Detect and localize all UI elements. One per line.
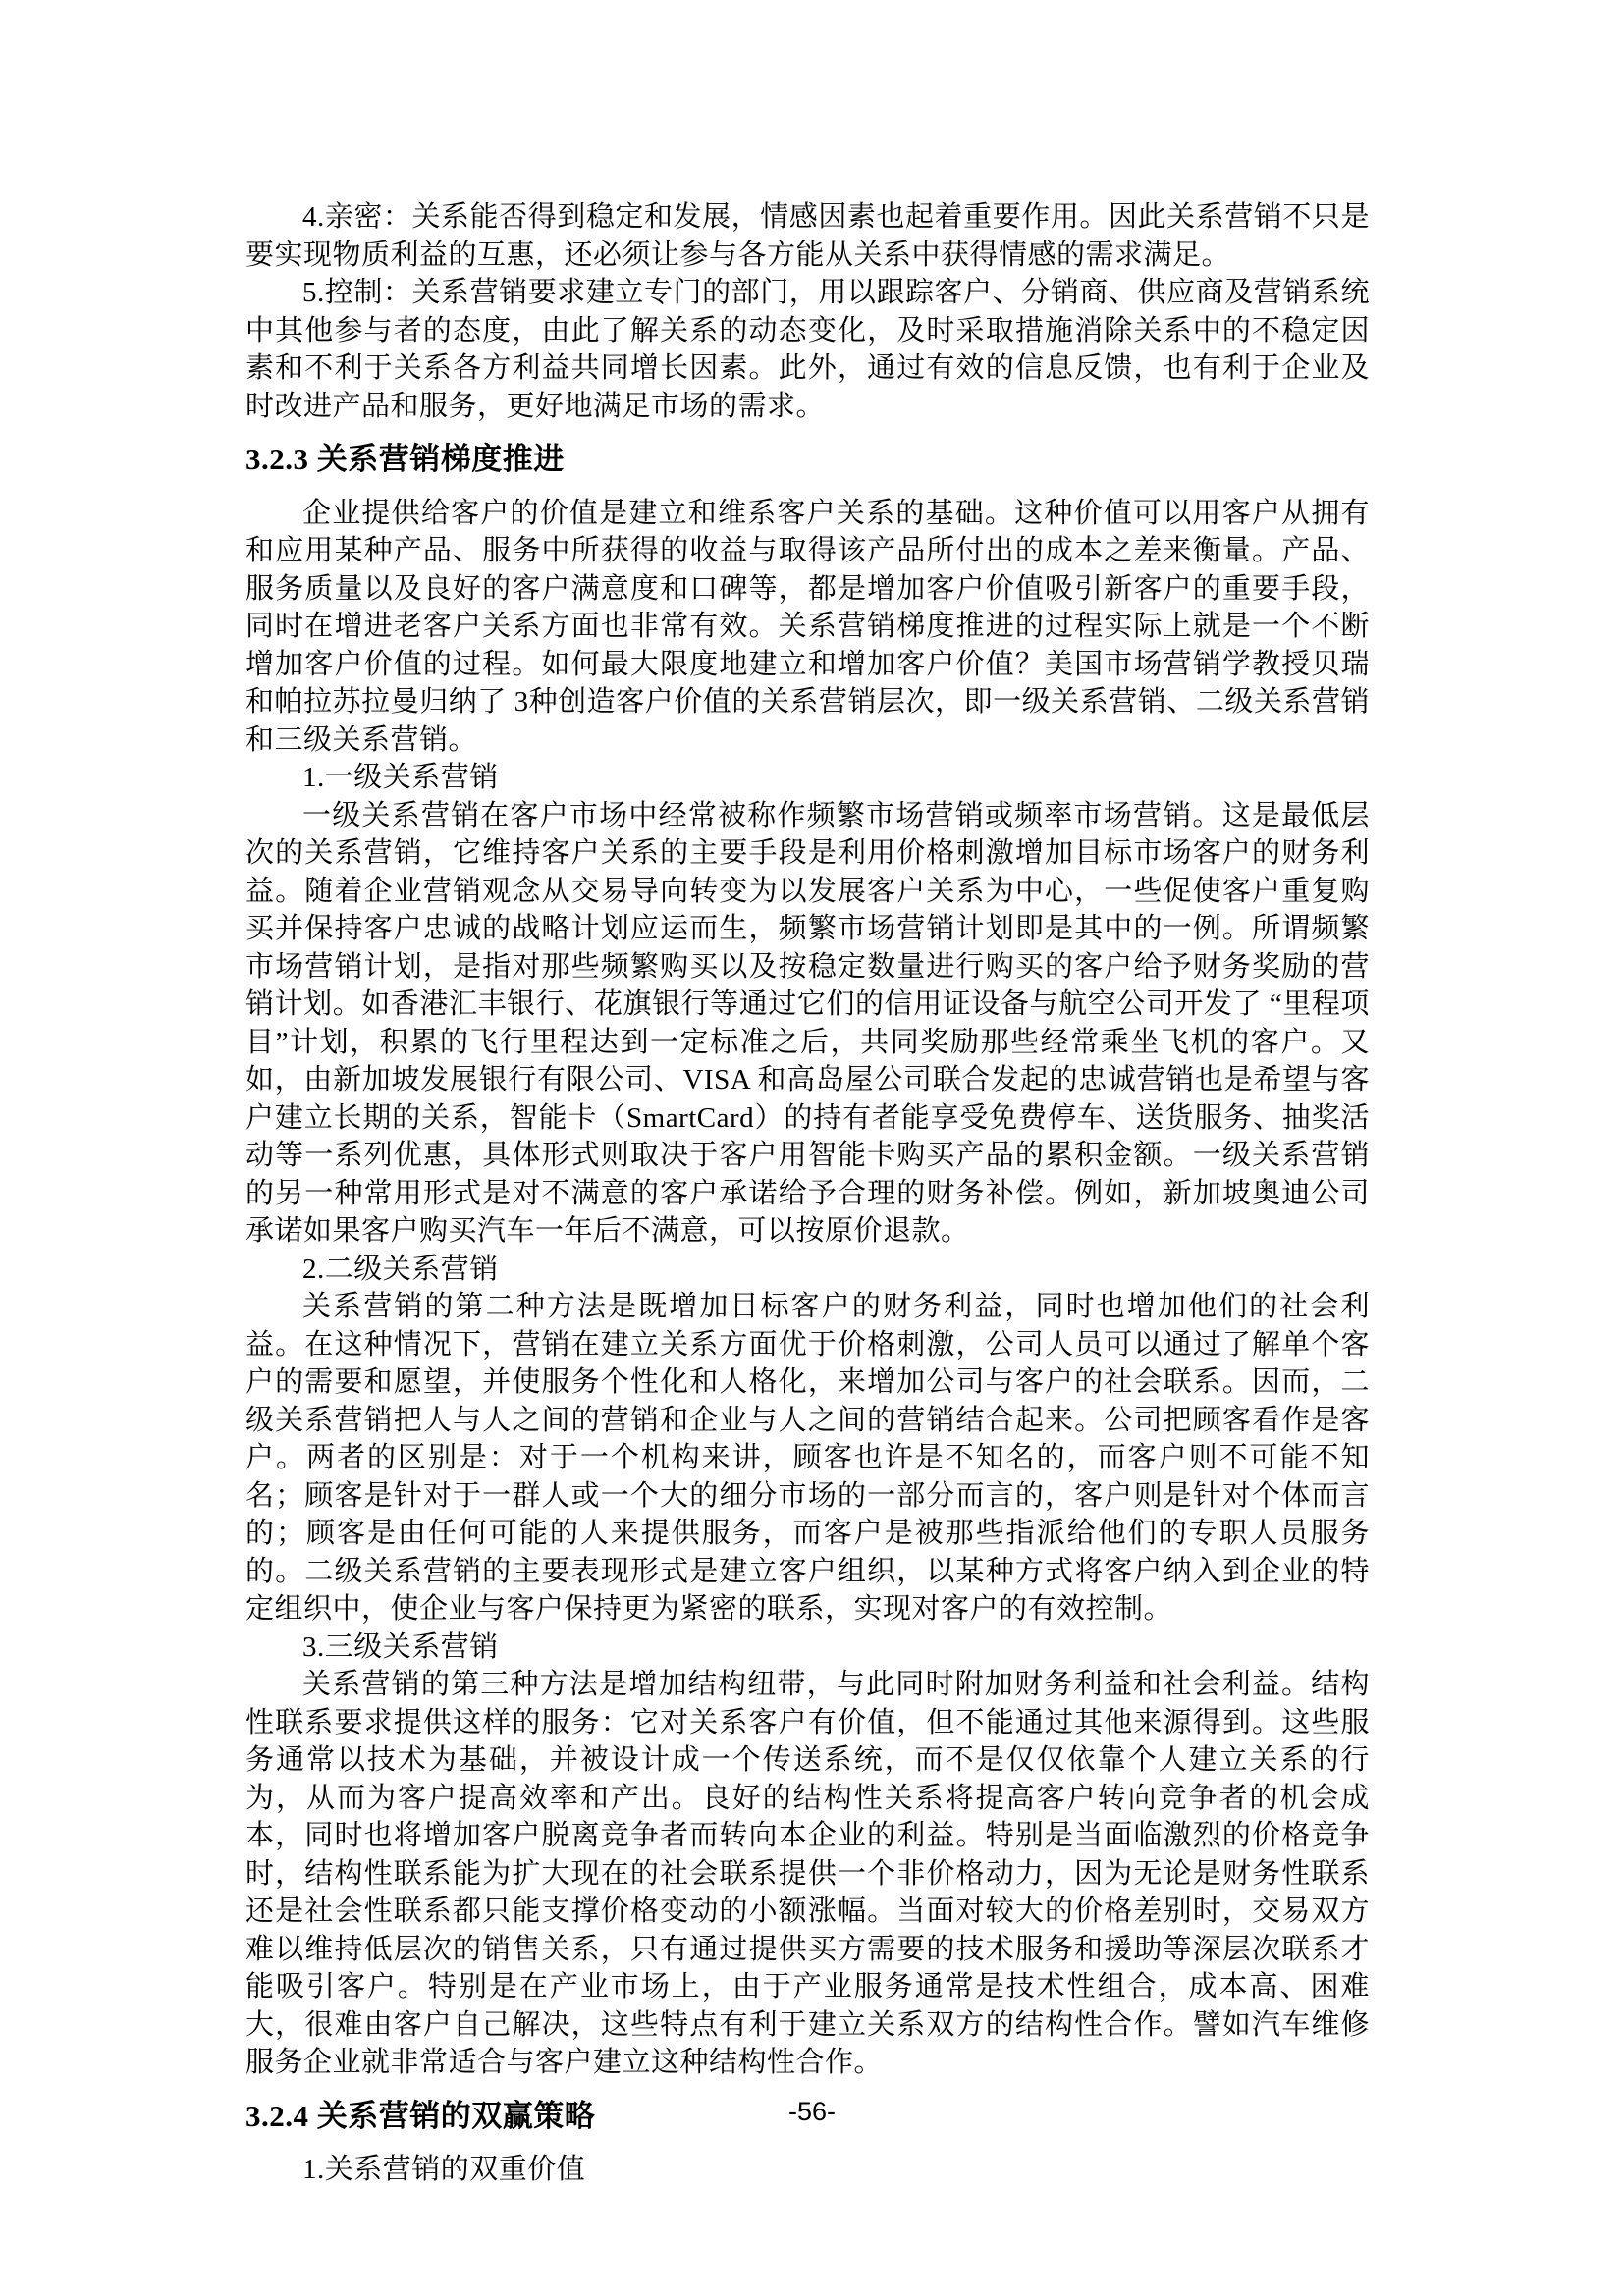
paragraph-control: 5.控制：关系营销要求建立专门的部门，用以跟踪客户、分销商、供应商及营销系统中其… [245,274,1370,425]
subheading-level3: 3.三级关系营销 [245,1629,1370,1667]
paragraph-gradient-intro: 企业提供给客户的价值是建立和维系客户关系的基础。这种价值可以用客户从拥有和应用某… [245,495,1370,760]
paragraph-intimacy: 4.亲密：关系能否得到稳定和发展，情感因素也起着重要作用。因此关系营销不只是要实… [245,198,1370,274]
page-number: -56- [0,2097,1624,2127]
heading-3-2-3: 3.2.3 关系营销梯度推进 [245,441,1370,479]
document-page: 4.亲密：关系能否得到稳定和发展，情感因素也起着重要作用。因此关系营销不只是要实… [0,0,1624,2296]
subheading-level1: 1.一级关系营销 [245,759,1370,797]
paragraph-level3: 关系营销的第三种方法是增加结构纽带，与此同时附加财务利益和社会利益。结构性联系要… [245,1666,1370,2082]
subheading-level2: 2.二级关系营销 [245,1251,1370,1289]
paragraph-level1: 一级关系营销在客户市场中经常被称作频繁市场营销或频率市场营销。这是最低层次的关系… [245,797,1370,1251]
subheading-dual-value: 1.关系营销的双重价值 [245,2151,1370,2189]
paragraph-level2: 关系营销的第二种方法是既增加目标客户的财务利益，同时也增加他们的社会利益。在这种… [245,1288,1370,1629]
